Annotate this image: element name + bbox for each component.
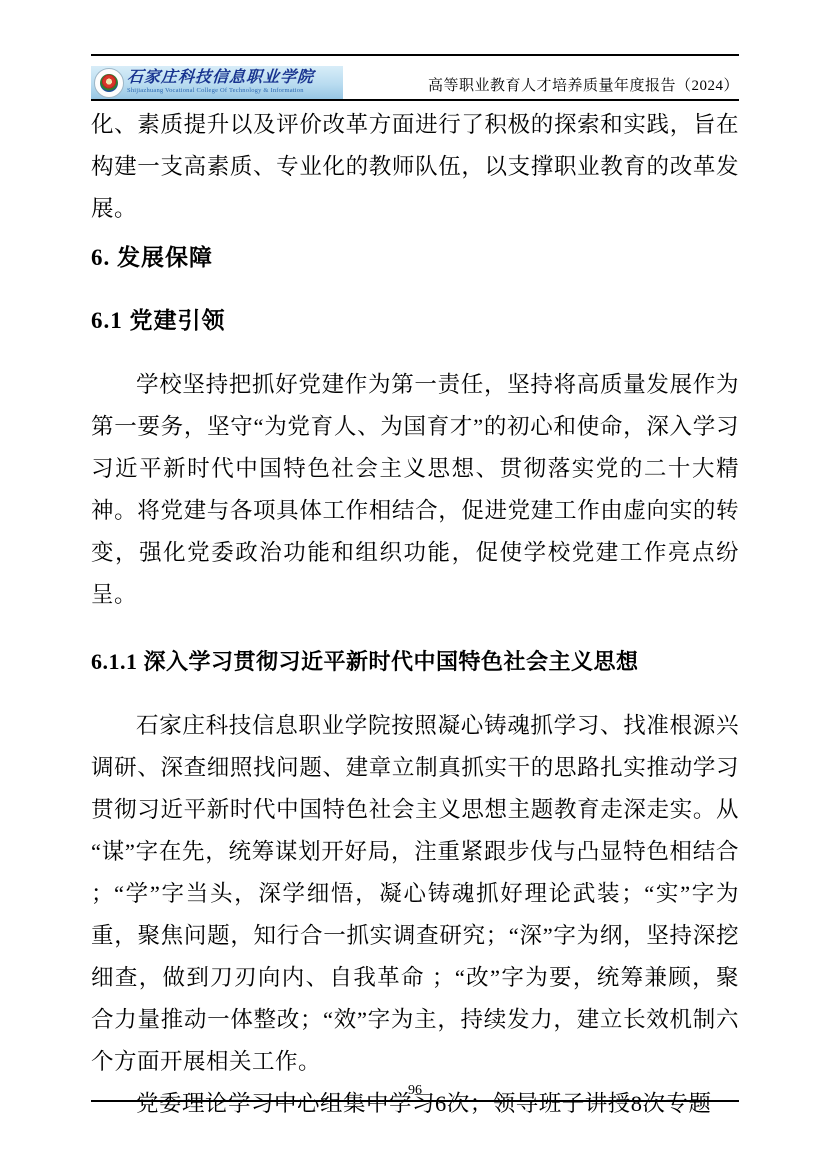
college-name: 石家庄科技信息职业学院: [126, 70, 314, 86]
paragraph-theme-education: 石家庄科技信息职业学院按照凝心铸魂抓学习、找准根源兴调研、深查细照找问题、建章立…: [91, 705, 739, 1083]
footer-rule: [91, 1100, 739, 1102]
college-emblem-icon: [94, 68, 124, 98]
college-logo-text: 石家庄科技信息职业学院 Shijiazhuang Vocational Coll…: [127, 70, 314, 95]
college-emblem-core-icon: [100, 74, 118, 92]
subsection-heading-6-1: 6.1 党建引领: [91, 306, 739, 336]
page-footer: 96: [91, 1082, 739, 1102]
report-title: 高等职业教育人才培养质量年度报告（2024）: [428, 74, 739, 99]
subsubsection-heading-6-1-1: 6.1.1 深入学习贯彻习近平新时代中国特色社会主义思想: [91, 647, 739, 677]
section-heading-6: 6. 发展保障: [91, 243, 739, 273]
college-name-english: Shijiazhuang Vocational College Of Techn…: [127, 88, 314, 95]
paragraph-continuation: 化、素质提升以及评价改革方面进行了积极的探索和实践，旨在构建一支高素质、专业化的…: [91, 104, 739, 230]
header-row: 石家庄科技信息职业学院 Shijiazhuang Vocational Coll…: [91, 56, 739, 99]
document-body: 化、素质提升以及评价改革方面进行了积极的探索和实践，旨在构建一支高素质、专业化的…: [91, 104, 739, 1125]
page-header: 石家庄科技信息职业学院 Shijiazhuang Vocational Coll…: [91, 54, 739, 101]
college-logo: 石家庄科技信息职业学院 Shijiazhuang Vocational Coll…: [91, 66, 343, 99]
header-bottom-rule: [91, 99, 739, 101]
document-page: 石家庄科技信息职业学院 Shijiazhuang Vocational Coll…: [0, 0, 827, 1169]
page-number: 96: [91, 1082, 739, 1099]
paragraph-party-building: 学校坚持把抓好党建作为第一责任，坚持将高质量发展作为第一要务，坚守“为党育人、为…: [91, 364, 739, 616]
